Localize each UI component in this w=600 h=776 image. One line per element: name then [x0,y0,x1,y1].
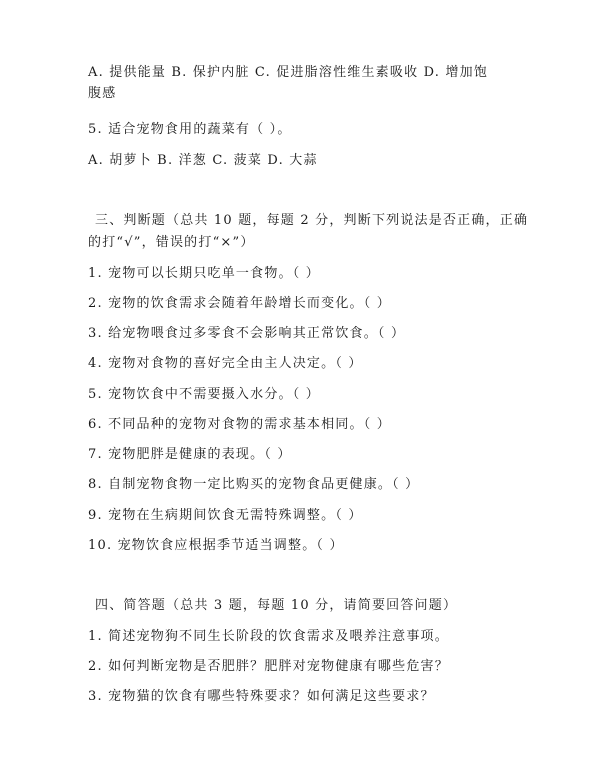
tf-item-6: 6. 不同品种的宠物对食物的需求基本相同。（ ） [88,417,391,433]
tf-item-2: 2. 宠物的饮食需求会随着年龄增长而变化。（ ） [88,296,391,312]
tf-item-3: 3. 给宠物喂食过多零食不会影响其正常饮食。（ ） [88,326,405,342]
section4-title: 四、简答题（总共 3 题，每题 10 分，请简要回答问题） [95,598,457,614]
sa-item-1: 1. 简述宠物狗不同生长阶段的饮食需求及喂养注意事项。 [88,629,449,645]
tf-item-9: 9. 宠物在生病期间饮食无需特殊调整。（ ） [88,508,363,524]
tf-item-10: 10. 宠物饮食应根据季节适当调整。（ ） [88,538,344,554]
tf-item-8: 8. 自制宠物食物一定比购买的宠物食品更健康。（ ） [88,477,419,493]
section3-title-line1: 三、判断题（总共 10 题，每题 2 分，判断下列说法是否正确，正确 [95,213,528,229]
tf-item-5: 5. 宠物饮食中不需要摄入水分。（ ） [88,387,320,403]
tf-item-7: 7. 宠物肥胖是健康的表现。（ ） [88,447,292,463]
section3-title-line2: 的打“√”，错误的打“×”） [88,235,255,251]
q5-question: 5. 适合宠物食用的蔬菜有（ ）。 [88,122,292,138]
sa-item-3: 3. 宠物猫的饮食有哪些特殊要求？如何满足这些要求？ [88,689,435,705]
sa-item-2: 2. 如何判断宠物是否肥胖？肥胖对宠物健康有哪些危害？ [88,659,449,675]
q5-options: A. 胡萝卜 B. 洋葱 C. 菠菜 D. 大蒜 [88,153,318,169]
tf-item-1: 1. 宠物可以长期只吃单一食物。（ ） [88,266,320,282]
tf-item-4: 4. 宠物对食物的喜好完全由主人决定。（ ） [88,356,363,372]
q4-options-line2: 腹感 [88,86,116,102]
q4-options-line1: A. 提供能量 B. 保护内脏 C. 促进脂溶性维生素吸收 D. 增加饱 [88,65,488,81]
